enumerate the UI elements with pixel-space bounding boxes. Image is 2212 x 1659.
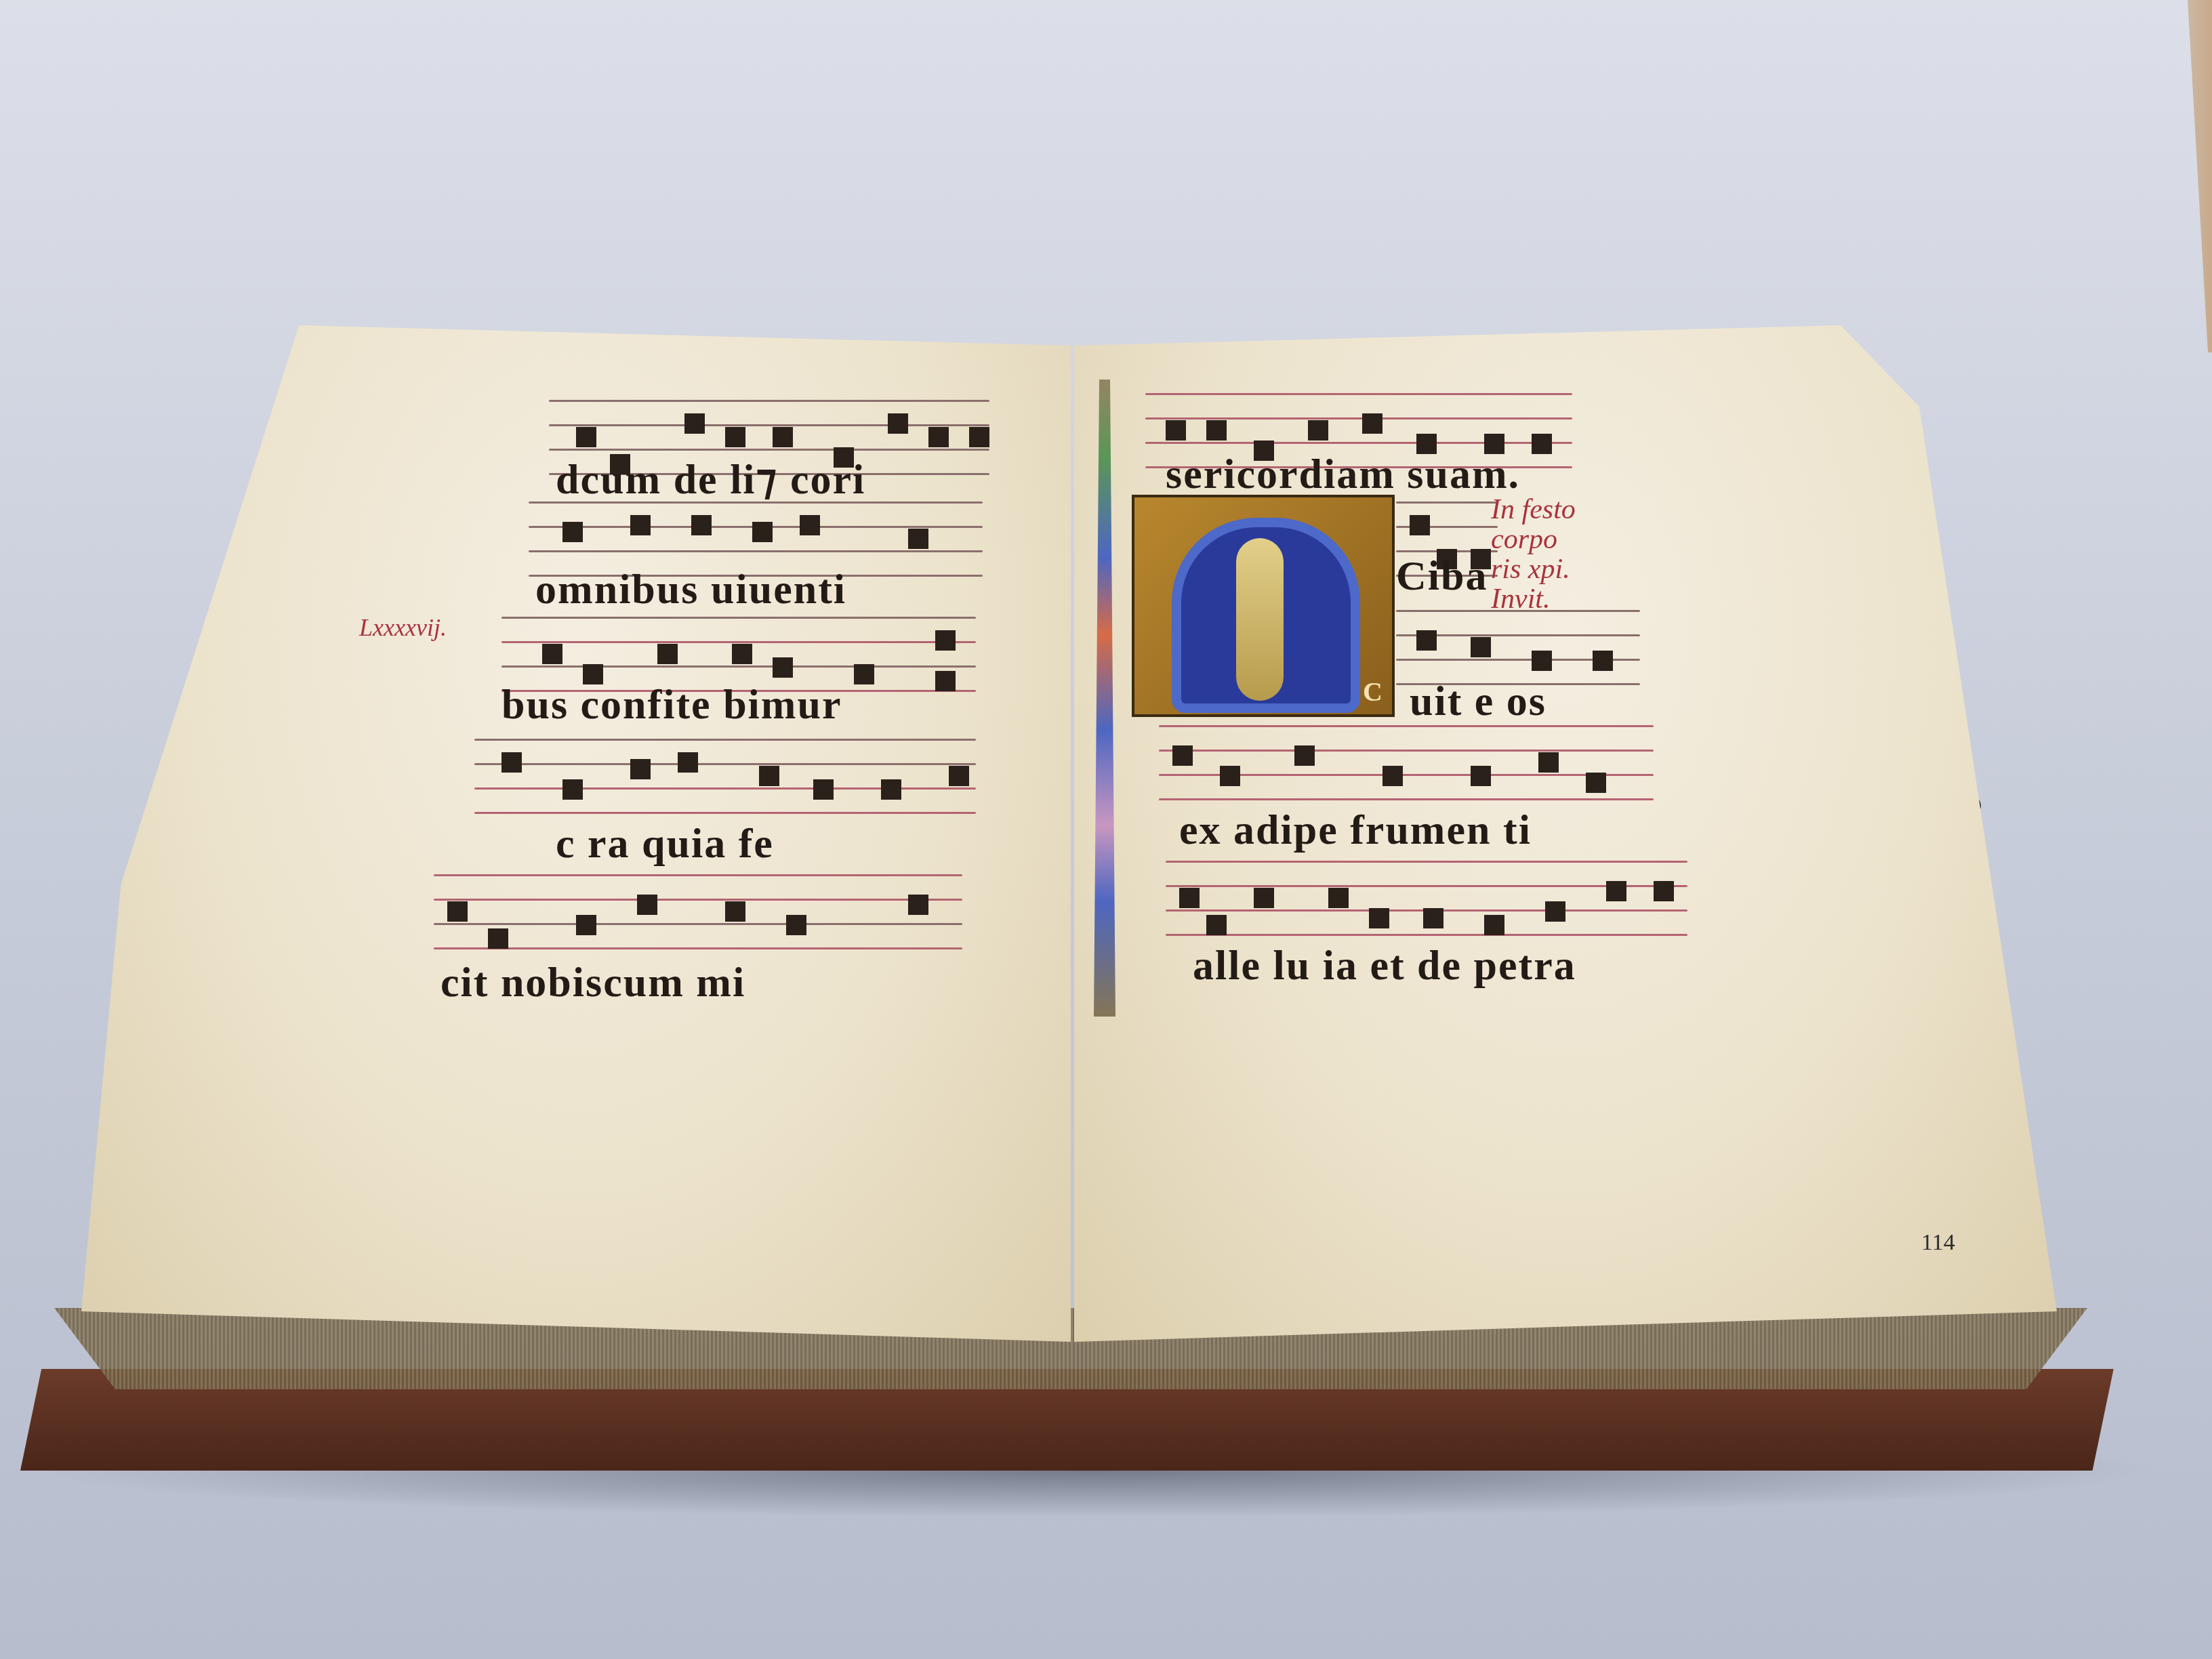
music-staff	[529, 501, 983, 576]
lyric-line: dcum de li⁊ cori	[556, 454, 865, 504]
lyric-line: c ra quia fe	[556, 820, 774, 868]
lyric-line: bus confite bimur	[501, 681, 842, 729]
page-edges	[54, 1308, 2087, 1389]
lyric-line: omnibus uiuenti	[535, 566, 846, 614]
initial-letter: C	[1363, 676, 1382, 708]
folio-mark: Lxxxxvij.	[359, 613, 447, 642]
lyric-line: uit e os	[1410, 678, 1547, 726]
music-staff	[434, 874, 962, 949]
lyric-line: cit nobiscum mi	[441, 959, 745, 1007]
illuminated-initial: C	[1132, 495, 1395, 717]
lyric-line: sericordiam suam.	[1166, 451, 1520, 499]
music-staff	[501, 617, 976, 691]
lyric-line: alle lu ia et de petra	[1193, 942, 1576, 990]
priest-figure	[1236, 538, 1284, 701]
lyric-line: ex adipe frumen ti	[1179, 806, 1532, 855]
music-staff	[474, 739, 976, 813]
rubric-text: In festo corpo ris xpi. Invit.	[1491, 495, 1576, 614]
music-staff	[1159, 725, 1654, 800]
folio-number: 114	[1921, 1230, 1955, 1256]
wall-corner	[2131, 0, 2212, 352]
lyric-line: Ciba	[1396, 552, 1488, 600]
music-staff	[1166, 861, 1687, 935]
music-staff	[1396, 610, 1640, 684]
